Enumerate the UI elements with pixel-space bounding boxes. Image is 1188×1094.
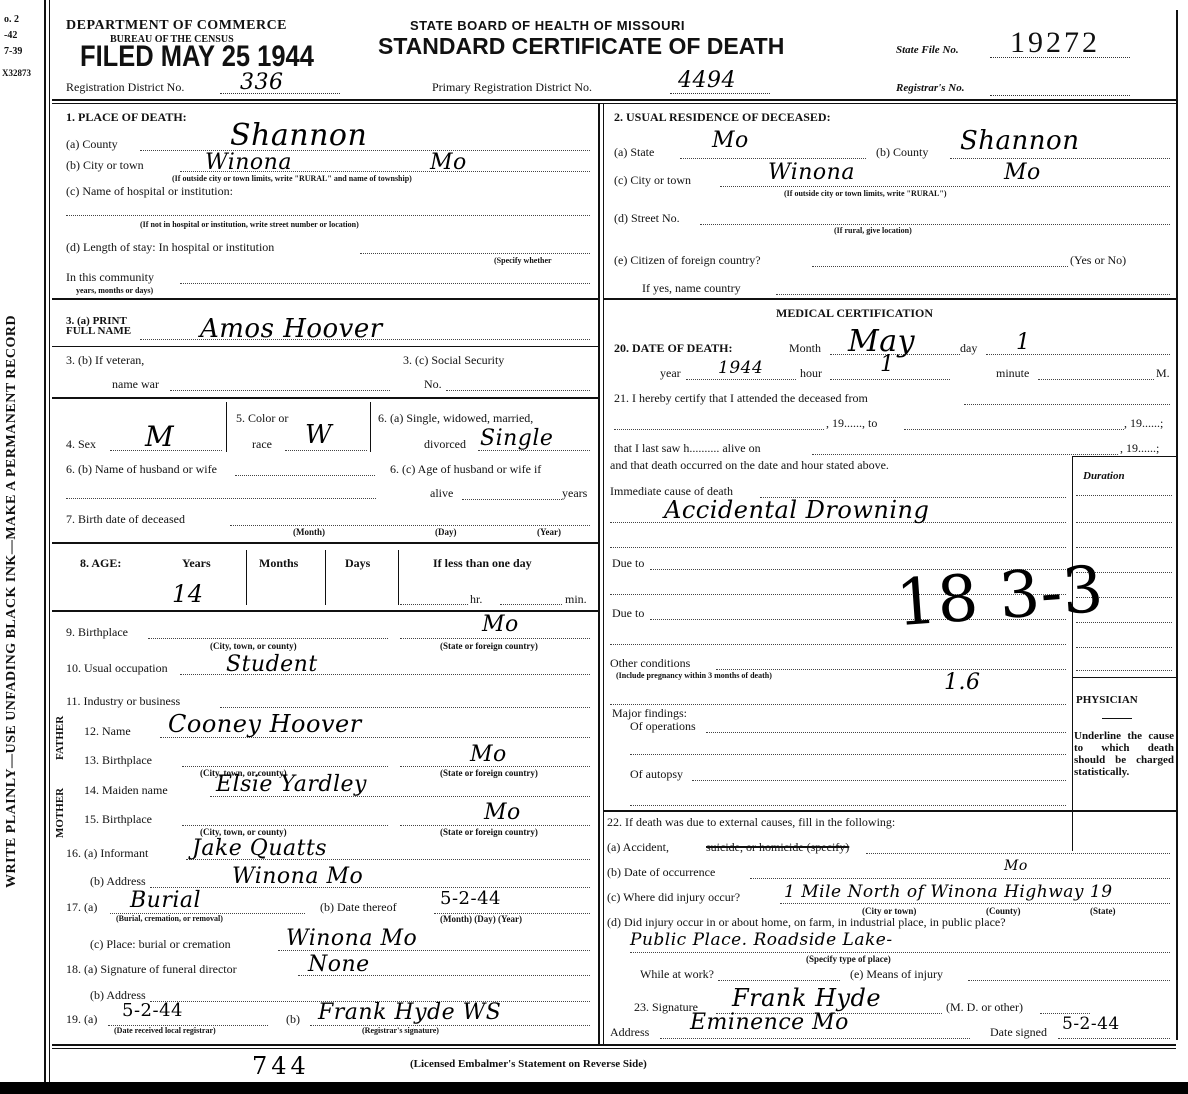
coding-mark: 18 3-3 [894,553,1106,641]
form-code-3: 7-39 [4,46,22,57]
form-code-2: -42 [4,30,17,41]
due-to-label-1: Due to [612,556,644,571]
father-name-label: 12. Name [84,724,131,739]
duration-line [1076,495,1172,496]
date-signed-label: Date signed [990,1025,1047,1040]
mother-name-value: Elsie Yardley [216,772,367,797]
pod-stay-note: (Specify whether [494,256,552,265]
occurred-text: and that death occurred on the date and … [610,458,889,473]
board-name: STATE BOARD OF HEALTH OF MISSOURI [410,18,685,33]
burial-place-label: (c) Place: burial or cremation [90,937,231,952]
credential-label: (M. D. or other) [946,1000,1023,1015]
medical-heading: MEDICAL CERTIFICATION [776,306,933,321]
section-rule [52,397,598,399]
age-col-years: Years [182,556,211,571]
occupation-value: Student [226,652,318,677]
where-label: (c) Where did injury occur? [607,890,740,905]
work-label: While at work? [640,967,714,982]
state-file-value: 19272 [1010,26,1100,60]
external-heading: 22. If death was due to external causes,… [607,815,895,830]
res-street-note: (If rural, give location) [834,226,912,235]
alive-label: alive [430,486,453,501]
registrar-received-label: 19. (a) [66,1012,97,1027]
hr-line [400,604,468,605]
due-to-line-2b [610,644,1066,645]
name-label-2: FULL NAME [66,326,131,336]
range-line-mid [904,429,1124,430]
registrar-sig-line [310,1025,590,1026]
spouse-line-2 [66,498,376,499]
min-line [500,604,562,605]
res-citizen-label: (e) Citizen of foreign country? [614,253,761,268]
disposition-date-label: (b) Date thereof [320,900,397,915]
filed-stamp: FILED MAY 25 1944 [80,40,314,74]
last-saw-line [812,454,1118,455]
birthplace-state-line [400,638,590,639]
cell-divider [370,402,371,452]
where-value: 1 Mile North of Winona Highway 19 [784,882,1113,902]
pod-city-value: Winona [205,150,292,175]
father-birth-city-line [182,766,388,767]
informant-address-value: Winona Mo [232,864,363,889]
age-label: 8. AGE: [80,556,121,571]
cell-divider [398,550,399,605]
res-street-label: (d) Street No. [614,211,680,226]
physician-note: Underline the cause to which death shoul… [1074,730,1174,778]
mother-state-note: (State or foreign country) [440,827,538,837]
mother-birth-city-line [182,825,388,826]
dod-day-value: 1 [1016,330,1031,355]
spouse-label: 6. (b) Name of husband or wife [66,462,217,477]
dod-year-line [686,379,796,380]
disposition-label: 17. (a) [66,900,97,915]
spouse-age-label: 6. (c) Age of husband or wife if [390,462,541,477]
left-border-inner [49,0,50,1082]
father-birth-label: 13. Birthplace [84,753,152,768]
place-type-label: (d) Did injury occur in or about home, o… [607,915,1006,930]
mother-birth-label: 15. Birthplace [84,812,152,827]
res-country-line [776,294,1170,295]
duration-line [1076,522,1172,523]
right-border [1176,10,1178,1040]
where-state-mark: Mo [1004,858,1028,874]
operations-line [706,732,1066,733]
section-rule [52,346,598,347]
accident-struck-text: suicide, or homicide (specify) [706,840,849,855]
race-label-2: race [252,437,272,452]
operations-label: Of operations [630,719,696,734]
marital-label-1: 6. (a) Single, widowed, married, [378,411,533,426]
res-state-label: (a) State [614,145,654,160]
registrar-received-value: 5-2-44 [122,1000,183,1021]
left-border [44,0,46,1082]
place-type-value: Public Place. Roadside Lake- [630,930,893,950]
cell-divider [325,550,326,605]
pod-hospital-note: (If not in hospital or institution, writ… [140,220,359,229]
res-citizen-line [812,266,1068,267]
place-of-death-heading: 1. PLACE OF DEATH: [66,110,187,125]
res-county-label: (b) County [876,145,928,160]
industry-label: 11. Industry or business [66,694,180,709]
range-line: , 19......, to [826,416,877,431]
city-note: (City, town, or county) [210,641,297,651]
hr-label: hr. [470,592,482,607]
operations-line-2 [630,754,1066,755]
footer-rule [52,1044,1176,1046]
father-birth-state: Mo [470,742,507,767]
burial-place-value: Winona Mo [286,926,417,951]
res-city-value: Winona [768,160,855,185]
race-label-1: 5. Color or [236,411,288,426]
ss-label: 3. (c) Social Security [403,353,504,368]
section-rule [52,542,598,544]
pod-stay-label: (d) Length of stay: In hospital or insti… [66,240,274,255]
father-state-note: (State or foreign country) [440,768,538,778]
means-line [968,980,1170,981]
cell-divider [226,402,227,452]
occurrence-date-label: (b) Date of occurrence [607,865,715,880]
pod-community-label: In this community [66,270,154,285]
other-conditions-note: (Include pregnancy within 3 months of de… [616,671,772,680]
res-state-value: Mo [712,128,749,153]
where-note-state: (State) [1090,906,1116,916]
sig-address-line [660,1038,970,1039]
where-line [780,903,1170,904]
reg-district-label: Registration District No. [66,80,184,95]
column-divider-inner [603,104,604,1044]
place-type-line [630,952,1170,953]
date-signed-line [1058,1038,1170,1039]
certificate-title: STANDARD CERTIFICATE OF DEATH [378,33,784,60]
war-label: name war [112,377,159,392]
dod-m-label: M. [1156,366,1170,381]
duration-top-rule [1072,456,1176,457]
pod-city-label: (b) City or town [66,158,144,173]
header-rule [52,99,1176,101]
occurrence-date-line [750,878,1170,879]
primary-reg-value: 4494 [678,68,736,93]
alive-line [462,499,562,500]
date-signed-value: 5-2-44 [1062,1014,1120,1034]
pod-community-note: years, months or days) [76,286,153,295]
form-code-1: o. 2 [4,14,19,25]
informant-value: Jake Quatts [192,836,327,861]
disposition-note: (Burial, cremation, or removal) [116,914,223,923]
duration-line [1076,670,1172,671]
dod-year-label: year [660,366,681,381]
duration-line [1076,647,1172,648]
pod-stay-line [360,253,590,254]
certify-label: 21. I hereby certify that I attended the… [614,391,868,406]
res-city-line [720,186,1170,187]
pod-county-label: (a) County [66,137,118,152]
registrar-sig-note: (Registrar's signature) [362,1026,439,1035]
dod-hour-value: 1 [880,352,895,377]
month-note: (Month) [293,527,325,537]
accident-line [866,853,1170,854]
director-value: None [308,952,370,977]
informant-address-line [150,887,590,888]
coding-mark-2: 1.6 [944,670,981,695]
dod-minute-label: minute [996,366,1029,381]
age-col-days: Days [345,556,370,571]
race-line [285,450,367,451]
certify-line [964,404,1170,405]
pod-city-state: Mo [430,150,467,175]
pod-hospital-label: (c) Name of hospital or institution: [66,184,233,199]
full-name-value: Amos Hoover [200,314,383,344]
ss-line [446,390,590,391]
residence-heading: 2. USUAL RESIDENCE OF DECEASED: [614,110,831,125]
marital-value: Single [480,426,553,451]
side-instruction: WRITE PLAINLY—USE UNFADING BLACK INK—MAK… [4,315,20,888]
birth-date-line [230,525,590,526]
dod-hour-label: hour [800,366,822,381]
accident-label: (a) Accident, [607,840,669,855]
duration-heading: Duration [1083,470,1125,482]
dept-name: DEPARTMENT OF COMMERCE [66,18,287,34]
res-county-line [950,158,1170,159]
due-to-label-2: Due to [612,606,644,621]
autopsy-line-2 [630,805,1066,806]
state-file-label: State File No. [896,44,959,56]
director-label: 18. (a) Signature of funeral director [66,962,237,977]
age-col-under-day: If less than one day [433,556,532,571]
year-note: (Year) [537,527,561,537]
birthplace-city-line [148,638,388,639]
ss-no-label: No. [424,377,442,392]
pod-community-line [180,283,590,284]
industry-line [220,707,590,708]
age-years-value: 14 [172,580,204,608]
informant-label: 16. (a) Informant [66,846,148,861]
duration-line [1076,547,1172,548]
res-county-value: Shannon [960,126,1079,156]
date-of-death-label: 20. DATE OF DEATH: [614,341,732,356]
cell-divider [246,550,247,605]
autopsy-label: Of autopsy [630,767,683,782]
section-rule [52,298,598,300]
registrar-sig-value: Frank Hyde WS [318,1000,501,1025]
handwritten-number: 744 [252,1052,310,1080]
res-city-state: Mo [1004,160,1041,185]
spouse-line [235,475,375,476]
occupation-label: 10. Usual occupation [66,661,168,676]
duration-bottom-rule [1072,677,1176,678]
mother-birth-state: Mo [484,800,521,825]
footer-rule-2 [52,1048,1176,1049]
res-city-note: (If outside city or town limits, write "… [784,189,947,198]
disposition-value: Burial [130,888,201,913]
birthplace-label: 9. Birthplace [66,625,128,640]
mother-name-label: 14. Maiden name [84,783,168,798]
header-rule-2 [52,103,1176,104]
dod-minute-line [1038,379,1154,380]
informant-address-label: (b) Address [90,874,146,889]
veteran-label: 3. (b) If veteran, [66,353,144,368]
sig-address-label: Address [610,1025,649,1040]
res-citizen-options: (Yes or No) [1070,253,1126,268]
dod-month-label: Month [789,341,821,356]
work-line [718,980,840,981]
registrar-received-note: (Date received local registrar) [114,1026,216,1035]
last-saw: that I last saw h.......... alive on [614,441,761,456]
res-city-label: (c) City or town [614,173,691,188]
primary-reg-label: Primary Registration District No. [432,80,592,95]
day-note: (Day) [435,527,457,537]
dod-day-line [986,354,1170,355]
age-col-months: Months [259,556,298,571]
sex-value: M [145,420,174,453]
mother-birth-state-line [400,825,590,826]
physician-heading: PHYSICIAN [1076,694,1138,706]
form-code-4: X32873 [2,68,31,78]
pod-hospital-line [66,215,590,216]
section-rule [604,298,1176,300]
pod-county-value: Shannon [230,118,367,153]
registrars-no-label: Registrar's No. [896,82,964,94]
place-type-note: (Specify type of place) [806,954,891,964]
disposition-date-value: 5-2-44 [440,888,501,909]
registrars-no-line [990,82,1130,96]
last-saw-end: , 19......; [1120,441,1159,456]
sig-address-value: Eminence Mo [690,1010,849,1035]
dod-day-label: day [960,341,977,356]
mother-tag: MOTHER [54,788,66,838]
immediate-cause-value: Accidental Drowning [664,496,929,524]
other-conditions-line-2 [610,704,1066,705]
range-end: , 19......; [1124,416,1163,431]
registrar-sig-label: (b) [286,1012,300,1027]
race-value: W [305,420,332,450]
embalmer-note: (Licensed Embalmer's Statement on Revers… [410,1058,647,1070]
signature-value: Frank Hyde [732,984,881,1012]
war-line [170,390,390,391]
dod-year-value: 1944 [718,358,763,378]
other-conditions-line [716,669,1066,670]
signature-label: 23. Signature [634,1000,698,1015]
res-street-line [700,224,1170,225]
cause-line [610,547,1066,548]
res-country-label: If yes, name country [642,281,741,296]
dod-hour-line [830,379,950,380]
reg-district-value: 336 [240,70,284,95]
birthplace-state-value: Mo [482,612,519,637]
sex-label: 4. Sex [66,437,96,452]
physician-rule [1102,718,1132,719]
pod-city-note: (If outside city or town limits, write "… [172,174,412,183]
disposition-date-note: (Month) (Day) (Year) [440,914,522,924]
father-tag: FATHER [54,716,66,760]
range-line-start [614,429,824,430]
autopsy-line [692,780,1066,781]
other-conditions-label: Other conditions [610,656,690,671]
father-name-value: Cooney Hoover [168,710,362,738]
state-note: (State or foreign country) [440,641,538,651]
marital-label-2: divorced [424,437,466,452]
section-rule [604,810,1176,812]
birth-date-label: 7. Birth date of deceased [66,512,185,527]
duration-column-divider [1072,456,1073,851]
column-divider [598,104,600,1044]
res-state-line [680,158,866,159]
means-label: (e) Means of injury [850,967,943,982]
scan-edge [0,1082,1188,1094]
min-label: min. [565,592,587,607]
years-label: years [562,486,587,501]
